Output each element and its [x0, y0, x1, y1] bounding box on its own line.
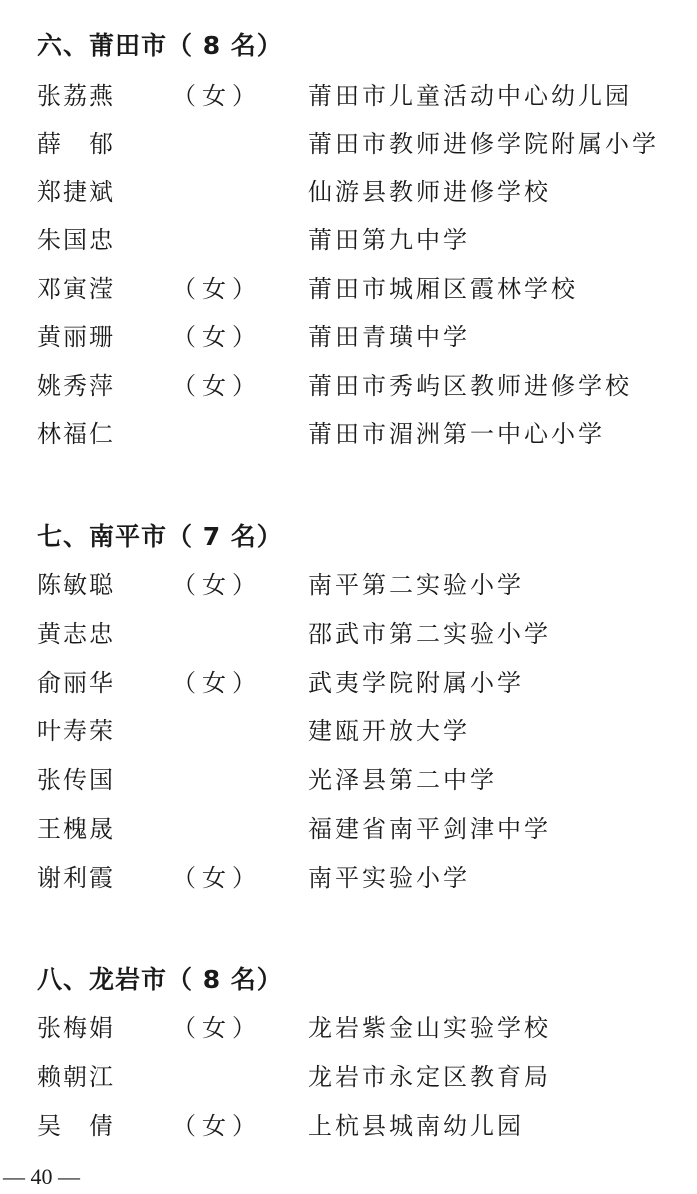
gender-label: （女）	[172, 79, 262, 113]
organization: 莆田市城厢区霞林学校	[308, 272, 578, 306]
organization: 龙岩紫金山实验学校	[308, 1011, 551, 1045]
organization: 邵武市第二实验小学	[308, 617, 551, 651]
person-name: 姚秀萍	[37, 369, 115, 403]
person-name: 谢利霞	[37, 861, 115, 895]
list-item: 姚秀萍 （女） 莆田市秀屿区教师进修学校	[0, 369, 697, 403]
list-item: 邓寅滢 （女） 莆田市城厢区霞林学校	[0, 272, 697, 306]
person-name: 张梅娟	[37, 1011, 115, 1045]
organization: 莆田第九中学	[308, 223, 470, 257]
section-heading-longyan: 八、龙岩市（ 8 名）	[37, 965, 283, 995]
list-item: 薛 郁 莆田市教师进修学院附属小学	[0, 127, 697, 161]
person-name: 郑捷斌	[37, 175, 115, 209]
list-item: 郑捷斌 仙游县教师进修学校	[0, 175, 697, 209]
organization: 建瓯开放大学	[308, 714, 470, 748]
organization: 龙岩市永定区教育局	[308, 1060, 551, 1094]
organization: 上杭县城南幼儿园	[308, 1109, 524, 1143]
person-name: 赖朝江	[37, 1060, 115, 1094]
list-item: 陈敏聪 （女） 南平第二实验小学	[0, 568, 697, 602]
gender-label: （女）	[172, 1011, 262, 1045]
organization: 莆田市秀屿区教师进修学校	[308, 369, 632, 403]
list-item: 王槐晟 福建省南平剑津中学	[0, 812, 697, 846]
person-name: 林福仁	[37, 417, 115, 451]
person-name: 俞丽华	[37, 666, 115, 700]
gender-label: （女）	[172, 369, 262, 403]
list-item: 林福仁 莆田市湄洲第一中心小学	[0, 417, 697, 451]
list-item: 吴 倩 （女） 上杭县城南幼儿园	[0, 1109, 697, 1143]
list-item: 张梅娟 （女） 龙岩紫金山实验学校	[0, 1011, 697, 1045]
organization: 莆田市湄洲第一中心小学	[308, 417, 605, 451]
list-item: 黄丽珊 （女） 莆田青璜中学	[0, 320, 697, 354]
organization: 莆田市儿童活动中心幼儿园	[308, 79, 632, 113]
person-name: 薛 郁	[37, 127, 115, 161]
list-item: 俞丽华 （女） 武夷学院附属小学	[0, 666, 697, 700]
person-name: 陈敏聪	[37, 568, 115, 602]
gender-label: （女）	[172, 568, 262, 602]
gender-label: （女）	[172, 666, 262, 700]
person-name: 邓寅滢	[37, 272, 115, 306]
list-item: 黄志忠 邵武市第二实验小学	[0, 617, 697, 651]
list-item: 朱国忠 莆田第九中学	[0, 223, 697, 257]
organization: 光泽县第二中学	[308, 763, 497, 797]
organization: 仙游县教师进修学校	[308, 175, 551, 209]
gender-label: （女）	[172, 320, 262, 354]
person-name: 黄丽珊	[37, 320, 115, 354]
person-name: 吴 倩	[37, 1109, 115, 1143]
person-name: 朱国忠	[37, 223, 115, 257]
list-item: 叶寿荣 建瓯开放大学	[0, 714, 697, 748]
organization: 莆田市教师进修学院附属小学	[308, 127, 659, 161]
organization: 南平实验小学	[308, 861, 470, 895]
section-heading-putian: 六、莆田市（ 8 名）	[37, 31, 283, 61]
gender-label: （女）	[172, 272, 262, 306]
person-name: 张传国	[37, 763, 115, 797]
person-name: 黄志忠	[37, 617, 115, 651]
person-name: 张荔燕	[37, 79, 115, 113]
organization: 莆田青璜中学	[308, 320, 470, 354]
person-name: 叶寿荣	[37, 714, 115, 748]
gender-label: （女）	[172, 861, 262, 895]
organization: 南平第二实验小学	[308, 568, 524, 602]
gender-label: （女）	[172, 1109, 262, 1143]
list-item: 张传国 光泽县第二中学	[0, 763, 697, 797]
organization: 福建省南平剑津中学	[308, 812, 551, 846]
list-item: 谢利霞 （女） 南平实验小学	[0, 861, 697, 895]
person-name: 王槐晟	[37, 812, 115, 846]
list-item: 赖朝江 龙岩市永定区教育局	[0, 1060, 697, 1094]
page-number: — 40 —	[3, 1163, 80, 1191]
section-heading-nanping: 七、南平市（ 7 名）	[37, 522, 283, 552]
list-item: 张荔燕 （女） 莆田市儿童活动中心幼儿园	[0, 79, 697, 113]
organization: 武夷学院附属小学	[308, 666, 524, 700]
